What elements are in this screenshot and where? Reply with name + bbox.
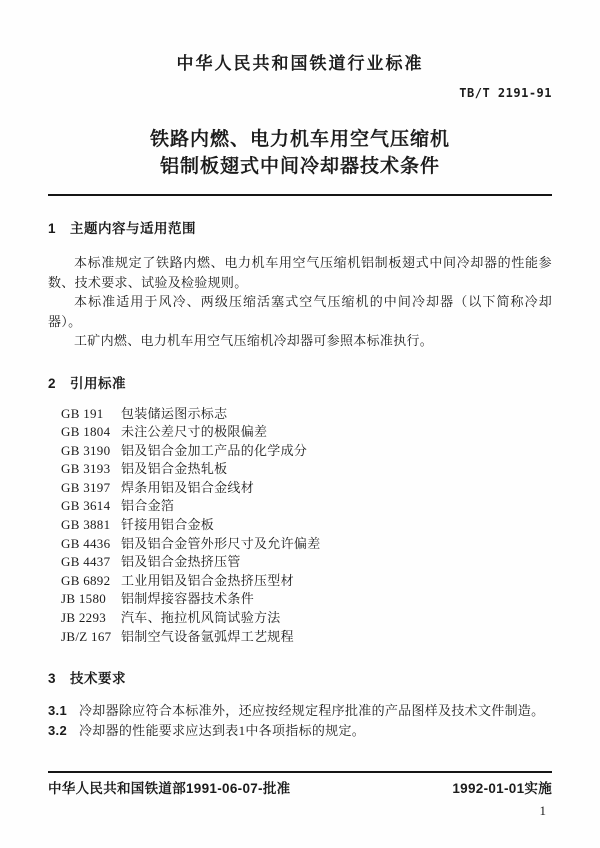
- standard-title: 铝及铝合金热轧板: [121, 460, 552, 479]
- approval-note: 中华人民共和国铁道部1991-06-07-批准: [48, 780, 290, 798]
- section-3-title: 技术要求: [70, 671, 126, 686]
- section-2-number: 2: [48, 376, 56, 391]
- implementation-note: 1992-01-01实施: [452, 780, 552, 798]
- standard-list-item: GB 3193 铝及铝合金热轧板: [61, 460, 552, 479]
- standard-code: GB 3197: [61, 479, 121, 498]
- standard-code: GB 3193: [61, 460, 121, 479]
- section-1-body: 本标准规定了铁路内燃、电力机车用空气压缩机铝制板翅式中间冷却器的性能参数、技术要…: [48, 253, 552, 351]
- standard-list-item: GB 1804 未注公差尺寸的极限偏差: [61, 423, 552, 442]
- standard-title: 铝制焊接容器技术条件: [121, 590, 552, 609]
- standard-code: JB 2293: [61, 609, 121, 628]
- standard-title: 铝合金箔: [121, 497, 552, 516]
- standard-title: 汽车、拖拉机风筒试验方法: [121, 609, 552, 628]
- section-2-heading: 2引用标准: [48, 375, 552, 393]
- standard-code: GB 191: [61, 405, 121, 424]
- clause-number: 3.1: [48, 703, 67, 718]
- clause: 3.1冷却器除应符合本标准外，还应按经规定程序批准的产品图样及技术文件制造。: [48, 701, 552, 721]
- standard-list-item: GB 3614 铝合金箔: [61, 497, 552, 516]
- clause-number: 3.2: [48, 723, 67, 738]
- standard-number: TB/T 2191-91: [48, 85, 552, 101]
- standard-code: GB 3614: [61, 497, 121, 516]
- paragraph: 本标准规定了铁路内燃、电力机车用空气压缩机铝制板翅式中间冷却器的性能参数、技术要…: [48, 253, 552, 292]
- section-3-number: 3: [48, 671, 56, 686]
- standard-list-item: JB 1580 铝制焊接容器技术条件: [61, 590, 552, 609]
- page-content: 中华人民共和国铁道行业标准 TB/T 2191-91 铁路内燃、电力机车用空气压…: [0, 0, 600, 819]
- standard-title: 铝制空气设备氩弧焊工艺规程: [121, 628, 552, 647]
- clause-text: 冷却器的性能要求应达到表1中各项指标的规定。: [79, 723, 365, 738]
- section-1-title: 主题内容与适用范围: [70, 221, 196, 236]
- standard-code: JB 1580: [61, 590, 121, 609]
- page-number: 1: [48, 803, 552, 819]
- standard-list-item: GB 3190 铝及铝合金加工产品的化学成分: [61, 442, 552, 461]
- document-title-line2: 铝制板翅式中间冷却器技术条件: [48, 153, 552, 180]
- title-divider-rule: [48, 194, 552, 196]
- paragraph: 工矿内燃、电力机车用空气压缩机冷却器可参照本标准执行。: [48, 331, 552, 351]
- standard-title: 铝及铝合金管外形尺寸及允许偏差: [121, 535, 552, 554]
- standard-code: GB 4437: [61, 553, 121, 572]
- standard-title: 未注公差尺寸的极限偏差: [121, 423, 552, 442]
- footer-divider-rule: [48, 771, 552, 773]
- standard-title: 铝及铝合金加工产品的化学成分: [121, 442, 552, 461]
- referenced-standards-list: GB 191 包装储运图示标志 GB 1804 未注公差尺寸的极限偏差 GB 3…: [48, 405, 552, 647]
- section-1-heading: 1主题内容与适用范围: [48, 220, 552, 238]
- section-2-title: 引用标准: [70, 376, 126, 391]
- standard-list-item: GB 3881 钎接用铝合金板: [61, 516, 552, 535]
- standard-list-item: JB/Z 167 铝制空气设备氩弧焊工艺规程: [61, 628, 552, 647]
- section-3-heading: 3技术要求: [48, 670, 552, 688]
- standard-list-item: JB 2293 汽车、拖拉机风筒试验方法: [61, 609, 552, 628]
- section-3-body: 3.1冷却器除应符合本标准外，还应按经规定程序批准的产品图样及技术文件制造。 3…: [48, 701, 552, 741]
- standard-title: 焊条用铝及铝合金线材: [121, 479, 552, 498]
- standard-title: 钎接用铝合金板: [121, 516, 552, 535]
- standard-code: GB 3881: [61, 516, 121, 535]
- standard-title: 铝及铝合金热挤压管: [121, 553, 552, 572]
- standard-list-item: GB 4437 铝及铝合金热挤压管: [61, 553, 552, 572]
- standard-code: GB 4436: [61, 535, 121, 554]
- standard-document-page: 中华人民共和国铁道行业标准 TB/T 2191-91 铁路内燃、电力机车用空气压…: [0, 0, 600, 848]
- standard-title: 工业用铝及铝合金热挤压型材: [121, 572, 552, 591]
- standard-code: GB 1804: [61, 423, 121, 442]
- paragraph: 本标准适用于风冷、两级压缩活塞式空气压缩机的中间冷却器（以下简称冷却器）。: [48, 292, 552, 331]
- standard-list-item: GB 4436 铝及铝合金管外形尺寸及允许偏差: [61, 535, 552, 554]
- org-title: 中华人民共和国铁道行业标准: [48, 52, 552, 76]
- standard-code: JB/Z 167: [61, 628, 121, 647]
- standard-title: 包装储运图示标志: [121, 405, 552, 424]
- section-1-number: 1: [48, 221, 56, 236]
- standard-list-item: GB 6892 工业用铝及铝合金热挤压型材: [61, 572, 552, 591]
- standard-code: GB 3190: [61, 442, 121, 461]
- standard-list-item: GB 3197 焊条用铝及铝合金线材: [61, 479, 552, 498]
- clause-text: 冷却器除应符合本标准外，还应按经规定程序批准的产品图样及技术文件制造。: [79, 703, 545, 718]
- footer: 中华人民共和国铁道部1991-06-07-批准 1992-01-01实施: [48, 780, 552, 798]
- standard-list-item: GB 191 包装储运图示标志: [61, 405, 552, 424]
- clause: 3.2冷却器的性能要求应达到表1中各项指标的规定。: [48, 721, 552, 741]
- document-title-line1: 铁路内燃、电力机车用空气压缩机: [48, 126, 552, 153]
- document-title: 铁路内燃、电力机车用空气压缩机 铝制板翅式中间冷却器技术条件: [48, 126, 552, 180]
- standard-code: GB 6892: [61, 572, 121, 591]
